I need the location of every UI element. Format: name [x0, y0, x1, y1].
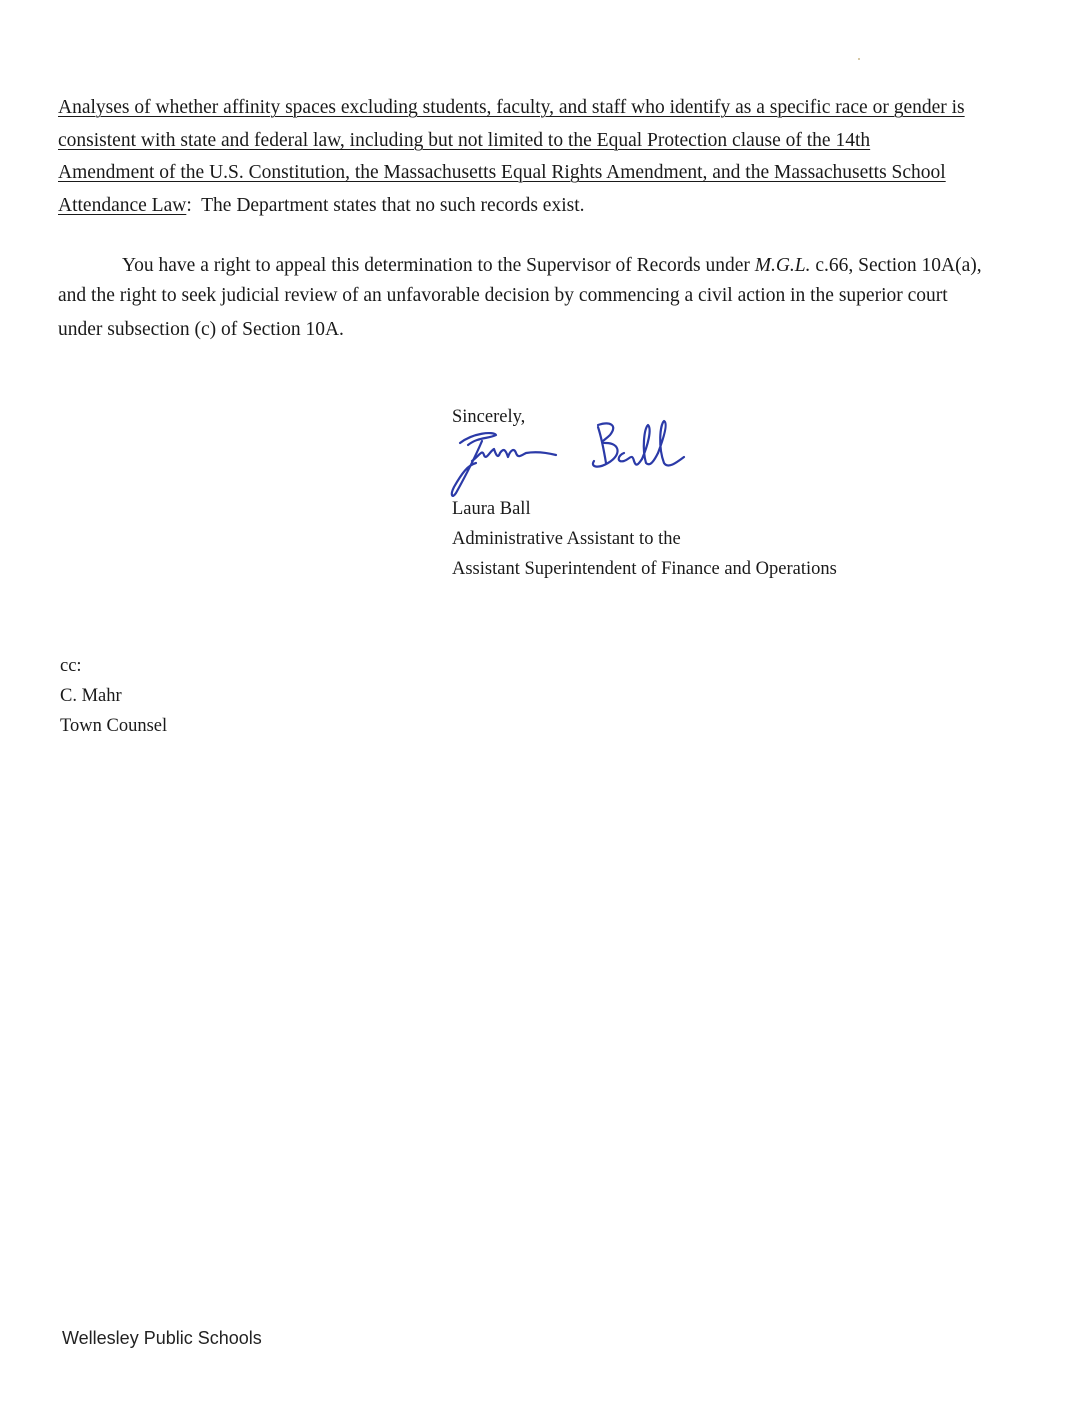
- request-item-line: Amendment of the U.S. Constitution, the …: [58, 163, 946, 183]
- cc-label: cc:: [60, 657, 82, 676]
- request-item-last-line: Attendance Law: The Department states th…: [58, 196, 585, 216]
- cc-recipient: Town Counsel: [60, 717, 167, 736]
- request-item-line: Attendance Law: [58, 195, 186, 216]
- department-response: The Department states that no such recor…: [192, 195, 585, 216]
- appeal-line: You have a right to appeal this determin…: [122, 256, 982, 276]
- appeal-line: under subsection (c) of Section 10A.: [58, 320, 344, 340]
- scan-speck: [858, 58, 860, 60]
- signer-title: Administrative Assistant to the: [452, 530, 681, 549]
- footer-organization: Wellesley Public Schools: [62, 1328, 262, 1349]
- cc-recipient: C. Mahr: [60, 687, 122, 706]
- appeal-text: You have a right to appeal this determin…: [122, 255, 755, 276]
- signer-title: Assistant Superintendent of Finance and …: [452, 560, 837, 579]
- appeal-line: and the right to seek judicial review of…: [58, 286, 948, 306]
- request-item-line: consistent with state and federal law, i…: [58, 131, 870, 151]
- signer-name: Laura Ball: [452, 500, 531, 519]
- request-item-line: Analyses of whether affinity spaces excl…: [58, 98, 965, 118]
- handwritten-signature: [438, 415, 698, 505]
- appeal-text: c.66, Section 10A(a),: [811, 255, 982, 276]
- statute-citation: M.G.L.: [755, 255, 811, 276]
